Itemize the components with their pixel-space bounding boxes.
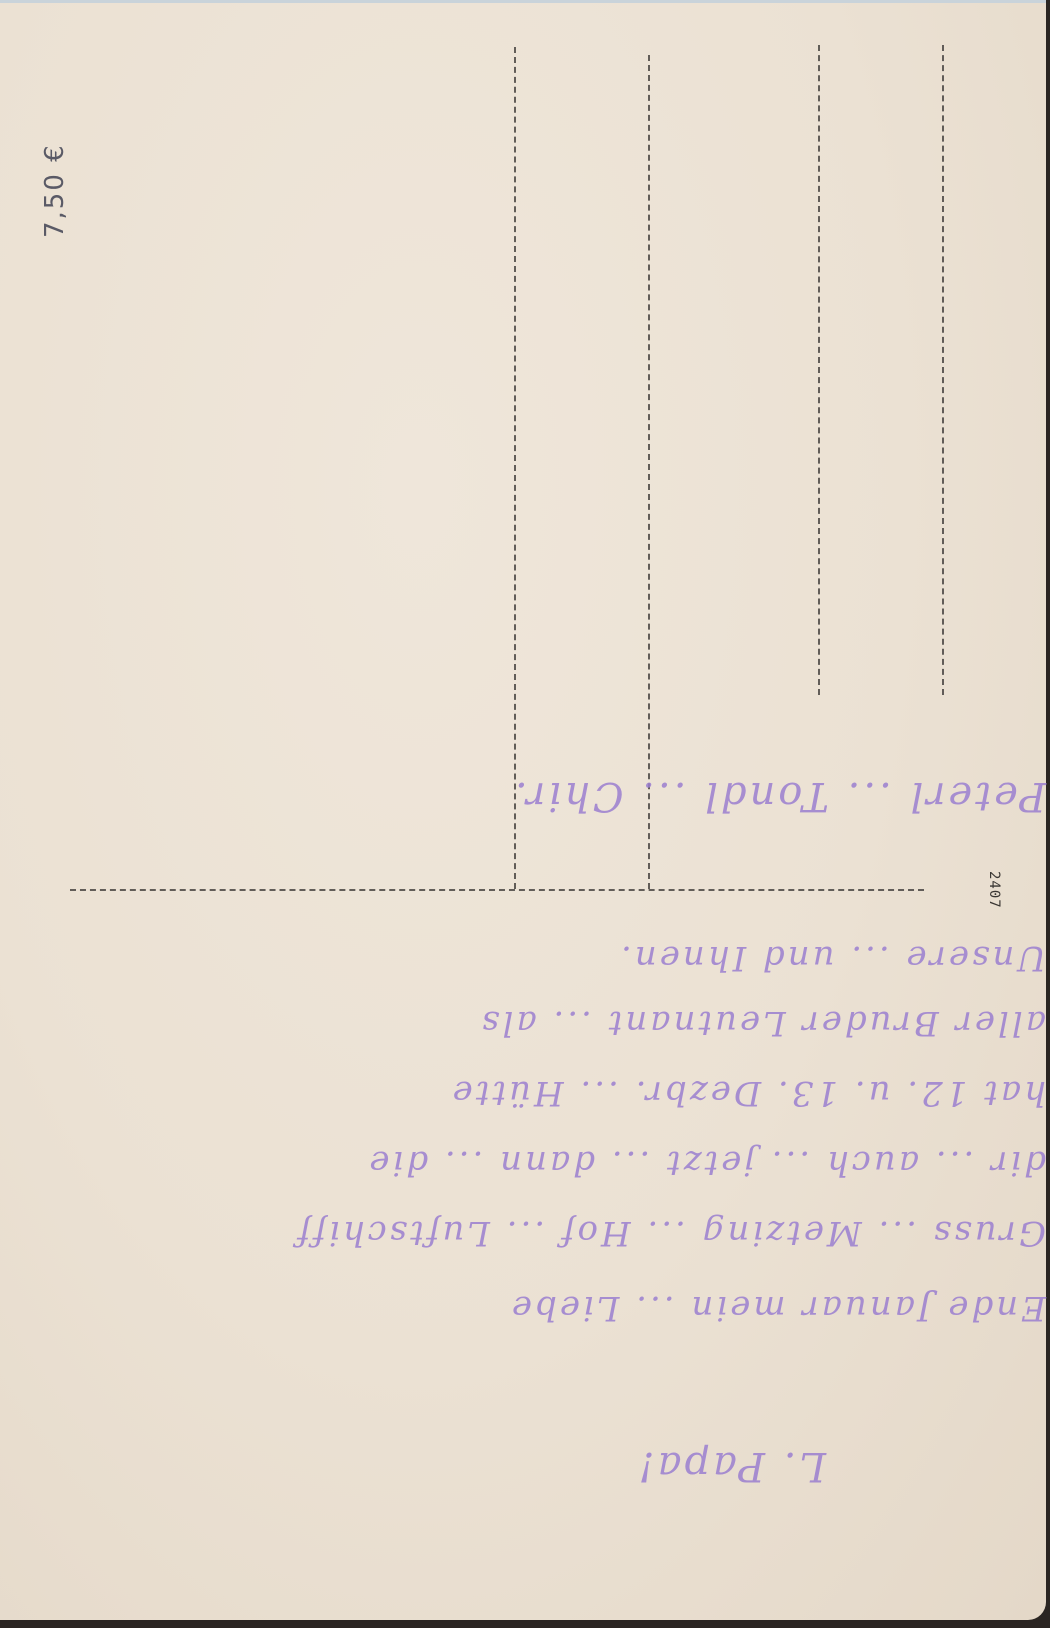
address-line-right bbox=[648, 55, 650, 889]
message-line: Unsere ... und Ihnen. bbox=[0, 938, 1046, 978]
postcard-back: 7,50 € 2407 Peterl ... Tondl ... Chir. U… bbox=[0, 0, 1046, 1620]
stamp-box-line-left bbox=[818, 45, 820, 695]
address-line-left bbox=[514, 47, 516, 889]
message-line: dir ... auch ... jetzt ... dann ... die bbox=[0, 1143, 1046, 1183]
greeting-line: L. Papa! bbox=[0, 1443, 826, 1489]
divider-line bbox=[70, 889, 924, 891]
printed-number: 2407 bbox=[986, 871, 1002, 909]
pencil-price-note: 7,50 € bbox=[40, 143, 70, 238]
stamp-box-line-right bbox=[942, 45, 944, 695]
message-line: Gruss ... Metzing ... Hof ... Luftschiff bbox=[0, 1213, 1046, 1253]
message-line: aller Bruder Leutnant ... als bbox=[0, 1003, 1046, 1043]
address-line: Peterl ... Tondl ... Chir. bbox=[0, 773, 1046, 819]
message-line: hat 12. u. 13. Dezbr. ... Hütte bbox=[0, 1073, 1046, 1113]
message-line: Ende Januar mein ... Liebe bbox=[0, 1288, 1046, 1328]
